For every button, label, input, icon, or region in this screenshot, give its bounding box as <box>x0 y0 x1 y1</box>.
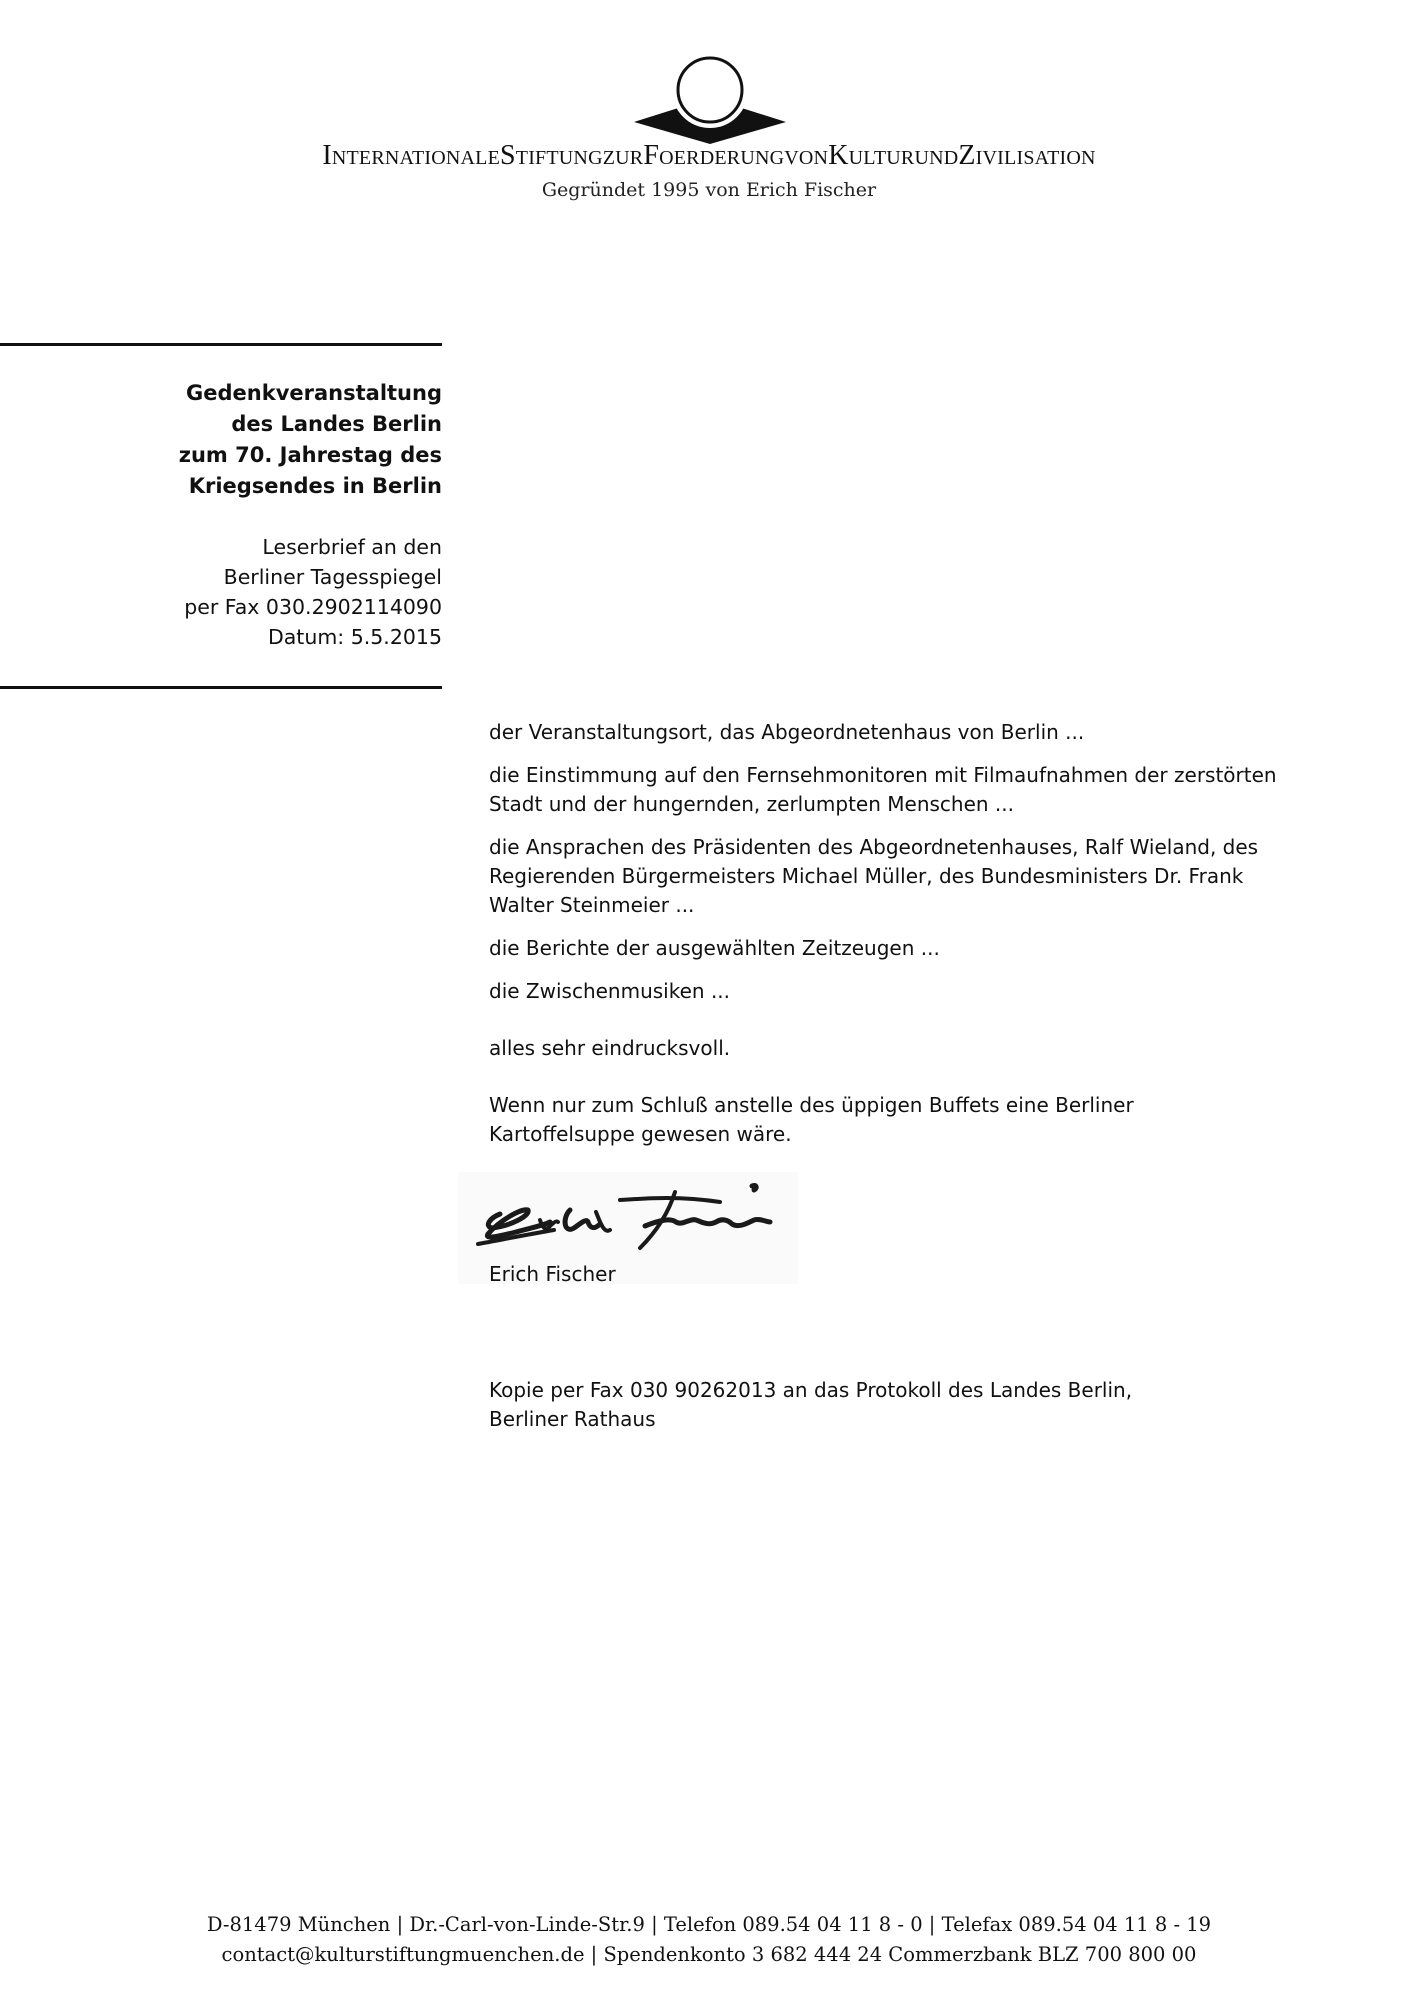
foundation-name-word: Foerderung <box>643 140 784 171</box>
body-paragraph: die Berichte der ausgewählten Zeitzeugen… <box>489 934 1309 963</box>
fax-number: per Fax 030.2902114090 <box>22 592 442 622</box>
letter-meta: Leserbrief an den Berliner Tagesspiegel … <box>22 532 442 652</box>
letter-type: Leserbrief an den <box>22 532 442 562</box>
handwritten-signature-icon <box>470 1178 790 1258</box>
event-title-line: des Landes Berlin <box>22 409 442 440</box>
foundation-name-word: zur <box>603 140 644 171</box>
body-paragraph: die Einstimmung auf den Fernsehmonitoren… <box>489 761 1309 819</box>
event-title-line: Gedenkveranstaltung <box>22 378 442 409</box>
foundation-name-word: Internationale <box>322 140 500 171</box>
signer-name: Erich Fischer <box>489 1262 616 1286</box>
foundation-name-word: und <box>914 140 958 171</box>
foundation-name-word: Stiftung <box>500 140 603 171</box>
foundation-name-word: Kultur <box>828 140 914 171</box>
foundation-name-word: Zivilisation <box>958 140 1095 171</box>
event-title-line: Kriegsendes in Berlin <box>22 471 442 502</box>
foundation-logo-icon <box>630 48 790 144</box>
footer-address-line: D-81479 München | Dr.-Carl-von-Linde-Str… <box>0 1910 1418 1940</box>
foundation-name: InternationaleStiftungzurFoerderungvonKu… <box>0 140 1418 172</box>
founded-line: Gegründet 1995 von Erich Fischer <box>0 179 1418 201</box>
body-paragraph: der Veranstaltungsort, das Abgeordnetenh… <box>489 718 1309 747</box>
copy-notice-line: Kopie per Fax 030 90262013 an das Protok… <box>489 1376 1309 1405</box>
event-title: Gedenkveranstaltung des Landes Berlin zu… <box>22 378 442 502</box>
copy-notice-line: Berliner Rathaus <box>489 1405 1309 1434</box>
letter-body: der Veranstaltungsort, das Abgeordnetenh… <box>489 718 1309 1163</box>
recipient: Berliner Tagesspiegel <box>22 562 442 592</box>
body-paragraph: Wenn nur zum Schluß anstelle des üppigen… <box>489 1091 1189 1149</box>
foundation-name-word: von <box>784 140 828 171</box>
footer-contact-line: contact@kulturstiftungmuenchen.de | Spen… <box>0 1940 1418 1970</box>
sidebar-block: Gedenkveranstaltung des Landes Berlin zu… <box>22 378 442 652</box>
sidebar-top-rule <box>0 343 442 346</box>
letter-date: Datum: 5.5.2015 <box>22 622 442 652</box>
body-paragraph: alles sehr eindrucksvoll. <box>489 1034 1309 1063</box>
body-paragraph: die Zwischenmusiken ... <box>489 977 1309 1006</box>
body-paragraph: die Ansprachen des Präsidenten des Abgeo… <box>489 833 1309 920</box>
sidebar-bottom-rule <box>0 686 442 689</box>
footer: D-81479 München | Dr.-Carl-von-Linde-Str… <box>0 1910 1418 1970</box>
copy-notice: Kopie per Fax 030 90262013 an das Protok… <box>489 1376 1309 1434</box>
event-title-line: zum 70. Jahrestag des <box>22 440 442 471</box>
